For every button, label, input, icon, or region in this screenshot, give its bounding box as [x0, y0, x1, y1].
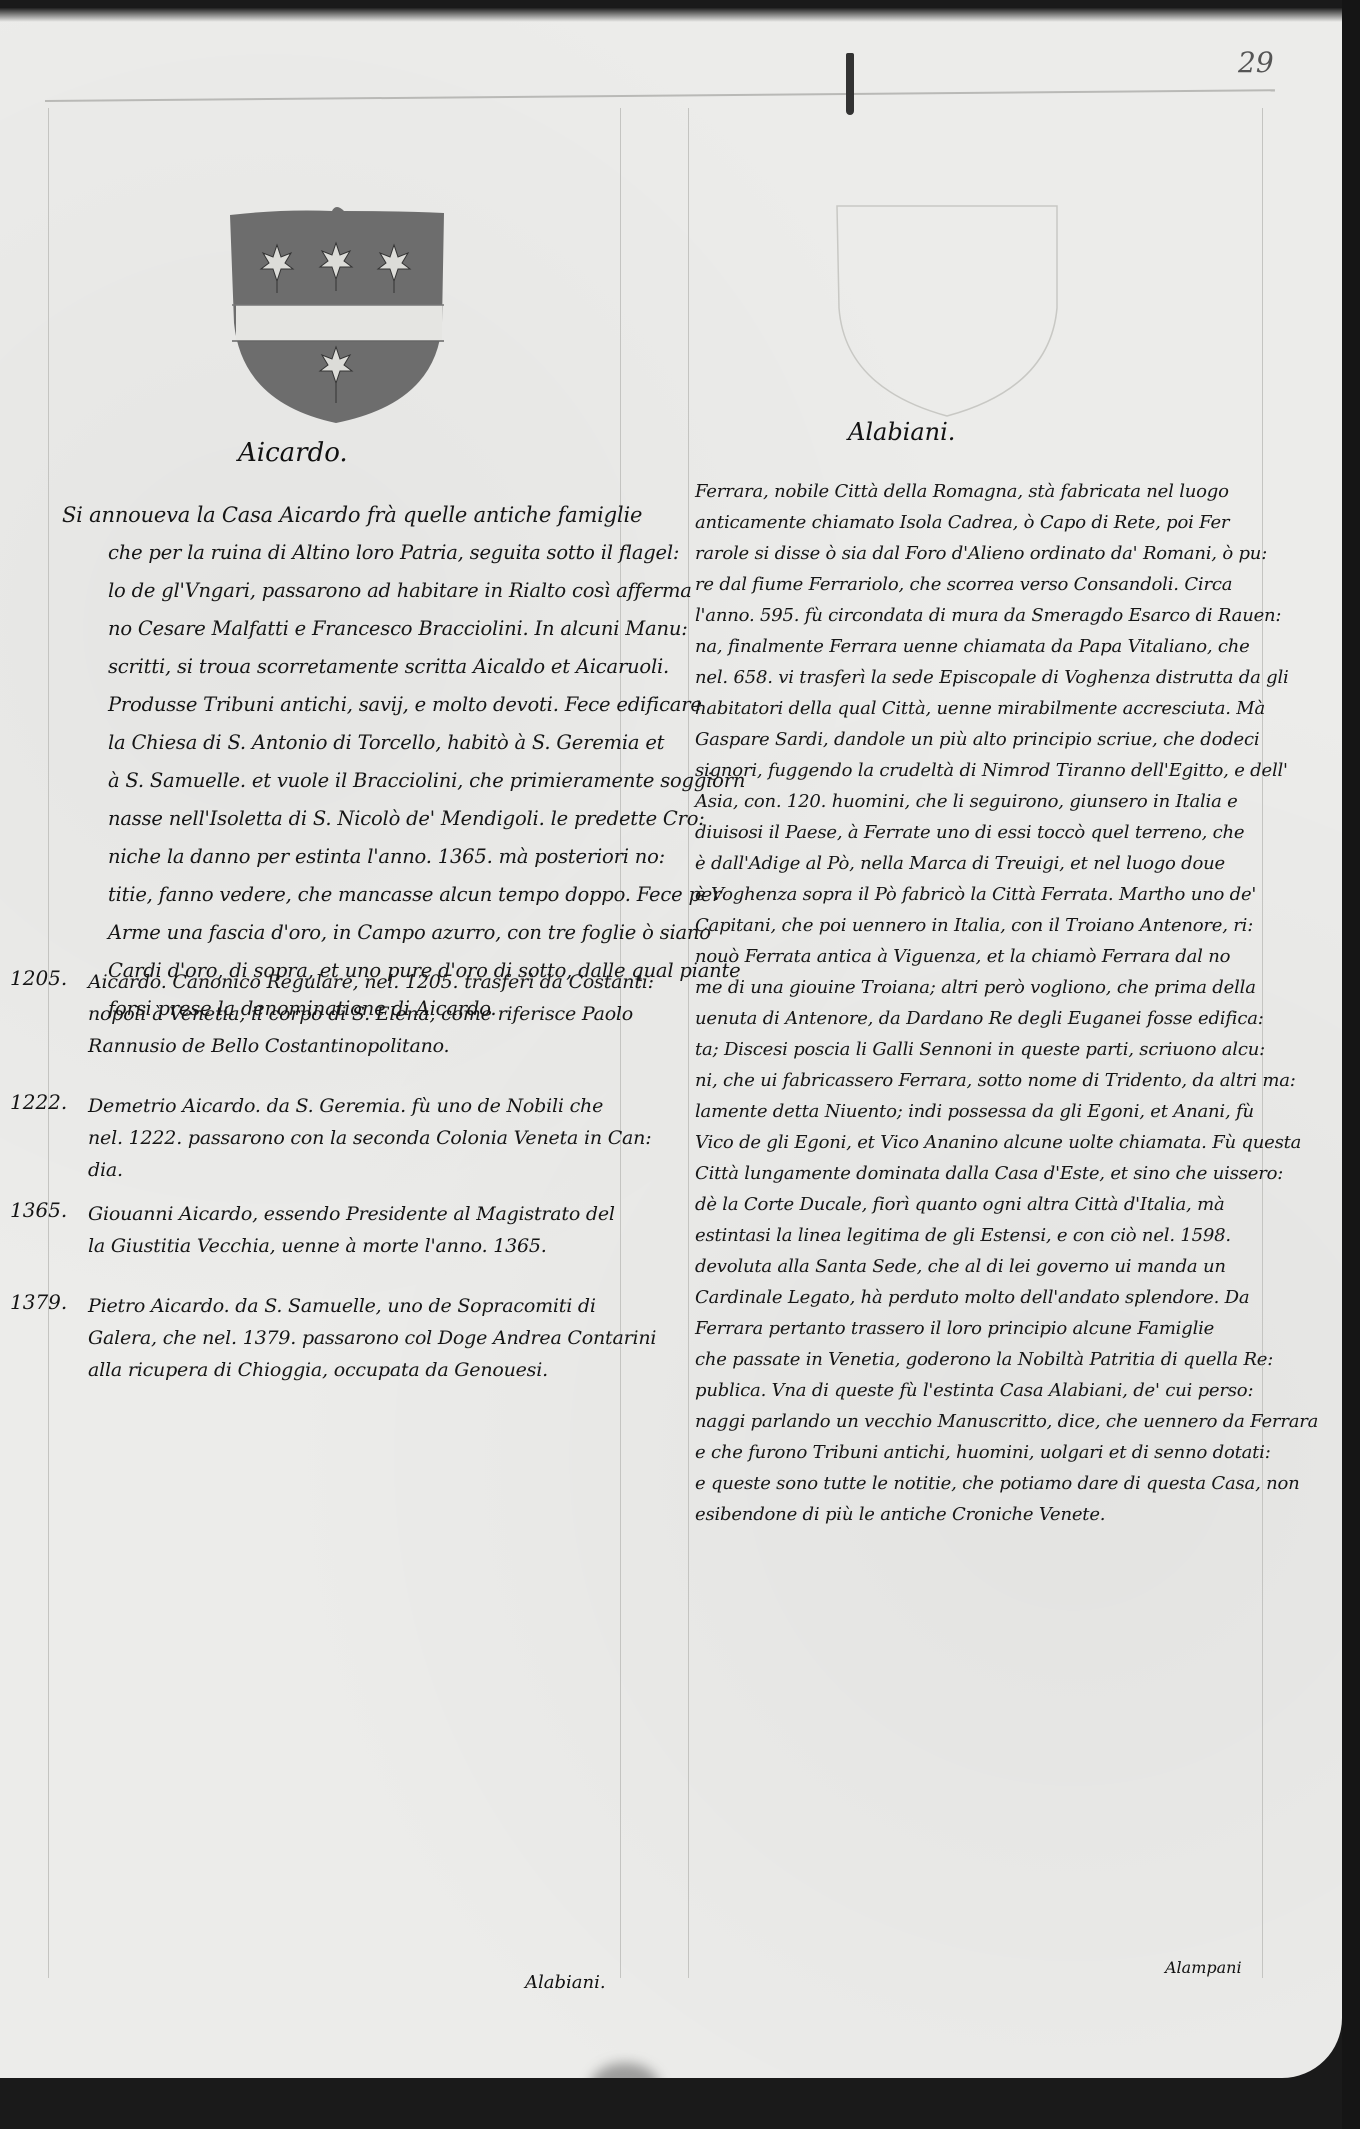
- text-line: è dall'Adige al Pò, nella Marca di Treui…: [695, 848, 1275, 879]
- text-line: dia.: [88, 1154, 651, 1186]
- text-line: e che furono Tribuni antichi, huomini, u…: [695, 1437, 1275, 1468]
- text-line: niche la danno per estinta l'anno. 1365.…: [62, 838, 617, 876]
- text-line: la Giustitia Vecchia, uenne à morte l'an…: [88, 1230, 615, 1262]
- text-line: lo de gl'Vngari, passarono ad habitare i…: [62, 572, 617, 610]
- text-line: esibendone di più le antiche Croniche Ve…: [695, 1499, 1275, 1530]
- aicardo-paragraph: Si annoueva la Casa Aicardo frà quelle a…: [62, 496, 617, 1028]
- text-line: l'anno. 595. fù circondata di mura da Sm…: [695, 600, 1275, 631]
- text-line: la Chiesa di S. Antonio di Torcello, hab…: [62, 724, 617, 762]
- text-line: diuisosi il Paese, à Ferrate uno di essi…: [695, 817, 1275, 848]
- text-line: na, finalmente Ferrara uenne chiamata da…: [695, 631, 1275, 662]
- text-line: che passate in Venetia, goderono la Nobi…: [695, 1344, 1275, 1375]
- family-title-alabiani: Alabiani.: [848, 418, 955, 446]
- entry-text: Pietro Aicardo. da S. Samuelle, uno de S…: [88, 1290, 656, 1386]
- entry-1222: 1222. Demetrio Aicardo. da S. Geremia. f…: [10, 1090, 620, 1200]
- entry-1365: 1365. Giouanni Aicardo, essendo Presiden…: [10, 1198, 620, 1278]
- text-line: nouò Ferrata antica à Viguenza, et la ch…: [695, 941, 1275, 972]
- text-line: Ferrara pertanto trassero il loro princi…: [695, 1313, 1275, 1344]
- text-line: Asia, con. 120. huomini, che li seguiron…: [695, 786, 1275, 817]
- entry-year: 1379.: [10, 1290, 67, 1314]
- text-line: dè la Corte Ducale, fiorì quanto ogni al…: [695, 1189, 1275, 1220]
- text-line: devoluta alla Santa Sede, che al di lei …: [695, 1251, 1275, 1282]
- text-line: che per la ruina di Altino loro Patria, …: [62, 534, 617, 572]
- catchword-right: Alampani: [1165, 1958, 1242, 1977]
- text-line: ta; Discesi poscia li Galli Sennoni in q…: [695, 1034, 1275, 1065]
- entry-1205: 1205. Aicardo. Canonico Regulare, nel. 1…: [10, 966, 620, 1076]
- ruled-header-line: [45, 89, 1275, 102]
- entry-year: 1365.: [10, 1198, 67, 1222]
- text-line: Aicardo. Canonico Regulare, nel. 1205. t…: [88, 966, 654, 998]
- text-line: nel. 658. vi trasferì la sede Episcopale…: [695, 662, 1275, 693]
- text-line: scritti, si troua scorretamente scritta …: [62, 648, 617, 686]
- entry-1379: 1379. Pietro Aicardo. da S. Samuelle, un…: [10, 1290, 620, 1400]
- family-title-aicardo: Aicardo.: [238, 438, 348, 468]
- text-line: titie, fanno vedere, che mancasse alcun …: [62, 876, 617, 914]
- text-line: re dal fiume Ferrariolo, che scorrea ver…: [695, 569, 1275, 600]
- text-line: è Voghenza sopra il Pò fabricò la Città …: [695, 879, 1275, 910]
- text-line: ni, che ui fabricassero Ferrara, sotto n…: [695, 1065, 1275, 1096]
- text-line: nopoli à Venetia, il corpo di S. Elena, …: [88, 998, 654, 1030]
- text-line: estintasi la linea legitima de gli Esten…: [695, 1220, 1275, 1251]
- text-line: naggi parlando un vecchio Manuscritto, d…: [695, 1406, 1275, 1437]
- text-line: lamente detta Niuento; indi possessa da …: [695, 1096, 1275, 1127]
- entry-text: Demetrio Aicardo. da S. Geremia. fù uno …: [88, 1090, 651, 1186]
- manuscript-page: 29 Aicardo. Alabiani. Si annoueva la Cas…: [0, 8, 1342, 2078]
- folio-number: 29: [1238, 46, 1274, 79]
- text-line: Ferrara, nobile Città della Romagna, stà…: [695, 476, 1275, 507]
- alabiani-empty-shield-icon: [835, 198, 1060, 420]
- top-edge-shadow: [0, 8, 1342, 22]
- text-line: rarole si disse ò sia dal Foro d'Alieno …: [695, 538, 1275, 569]
- text-line: Si annoueva la Casa Aicardo frà quelle a…: [62, 496, 617, 534]
- text-line: Gaspare Sardi, dandole un più alto princ…: [695, 724, 1275, 755]
- text-line: Vico de gli Egoni, et Vico Ananino alcun…: [695, 1127, 1275, 1158]
- catchword-left: Alabiani.: [525, 1972, 606, 1993]
- text-line: Demetrio Aicardo. da S. Geremia. fù uno …: [88, 1090, 651, 1122]
- text-line: anticamente chiamato Isola Cadrea, ò Cap…: [695, 507, 1275, 538]
- text-line: Giouanni Aicardo, essendo Presidente al …: [88, 1198, 615, 1230]
- text-line: Arme una fascia d'oro, in Campo azurro, …: [62, 914, 617, 952]
- text-line: Città lungamente dominata dalla Casa d'E…: [695, 1158, 1275, 1189]
- page-edge-shadow: [1342, 0, 1360, 2129]
- ink-stain: [590, 2063, 660, 2078]
- text-line: Cardinale Legato, hà perduto molto dell'…: [695, 1282, 1275, 1313]
- text-line: no Cesare Malfatti e Francesco Braccioli…: [62, 610, 617, 648]
- column-divider-rule-right: [688, 108, 689, 1978]
- text-line: signori, fuggendo la crudeltà di Nimrod …: [695, 755, 1275, 786]
- entry-text: Giouanni Aicardo, essendo Presidente al …: [88, 1198, 615, 1262]
- text-line: Rannusio de Bello Costantinopolitano.: [88, 1030, 654, 1062]
- text-line: uenuta di Antenore, da Dardano Re degli …: [695, 1003, 1275, 1034]
- text-line: Galera, che nel. 1379. passarono col Dog…: [88, 1322, 656, 1354]
- text-line: habitatori della qual Città, uenne mirab…: [695, 693, 1275, 724]
- text-line: Capitani, che poi uennero in Italia, con…: [695, 910, 1275, 941]
- text-line: à S. Samuelle. et vuole il Bracciolini, …: [62, 762, 617, 800]
- text-line: Pietro Aicardo. da S. Samuelle, uno de S…: [88, 1290, 656, 1322]
- ink-blot: [846, 53, 854, 115]
- text-line: nel. 1222. passarono con la seconda Colo…: [88, 1122, 651, 1154]
- text-line: e queste sono tutte le notitie, che poti…: [695, 1468, 1275, 1499]
- text-line: nasse nell'Isoletta di S. Nicolò de' Men…: [62, 800, 617, 838]
- aicardo-coat-of-arms-icon: [222, 203, 450, 425]
- alabiani-paragraph: Ferrara, nobile Città della Romagna, stà…: [695, 476, 1275, 1530]
- entry-year: 1222.: [10, 1090, 67, 1114]
- text-line: publica. Vna di queste fù l'estinta Casa…: [695, 1375, 1275, 1406]
- entry-year: 1205.: [10, 966, 67, 990]
- text-line: me di una giouine Troiana; altri però vo…: [695, 972, 1275, 1003]
- entry-text: Aicardo. Canonico Regulare, nel. 1205. t…: [88, 966, 654, 1062]
- text-line: Produsse Tribuni antichi, savij, e molto…: [62, 686, 617, 724]
- text-line: alla ricupera di Chioggia, occupata da G…: [88, 1354, 656, 1386]
